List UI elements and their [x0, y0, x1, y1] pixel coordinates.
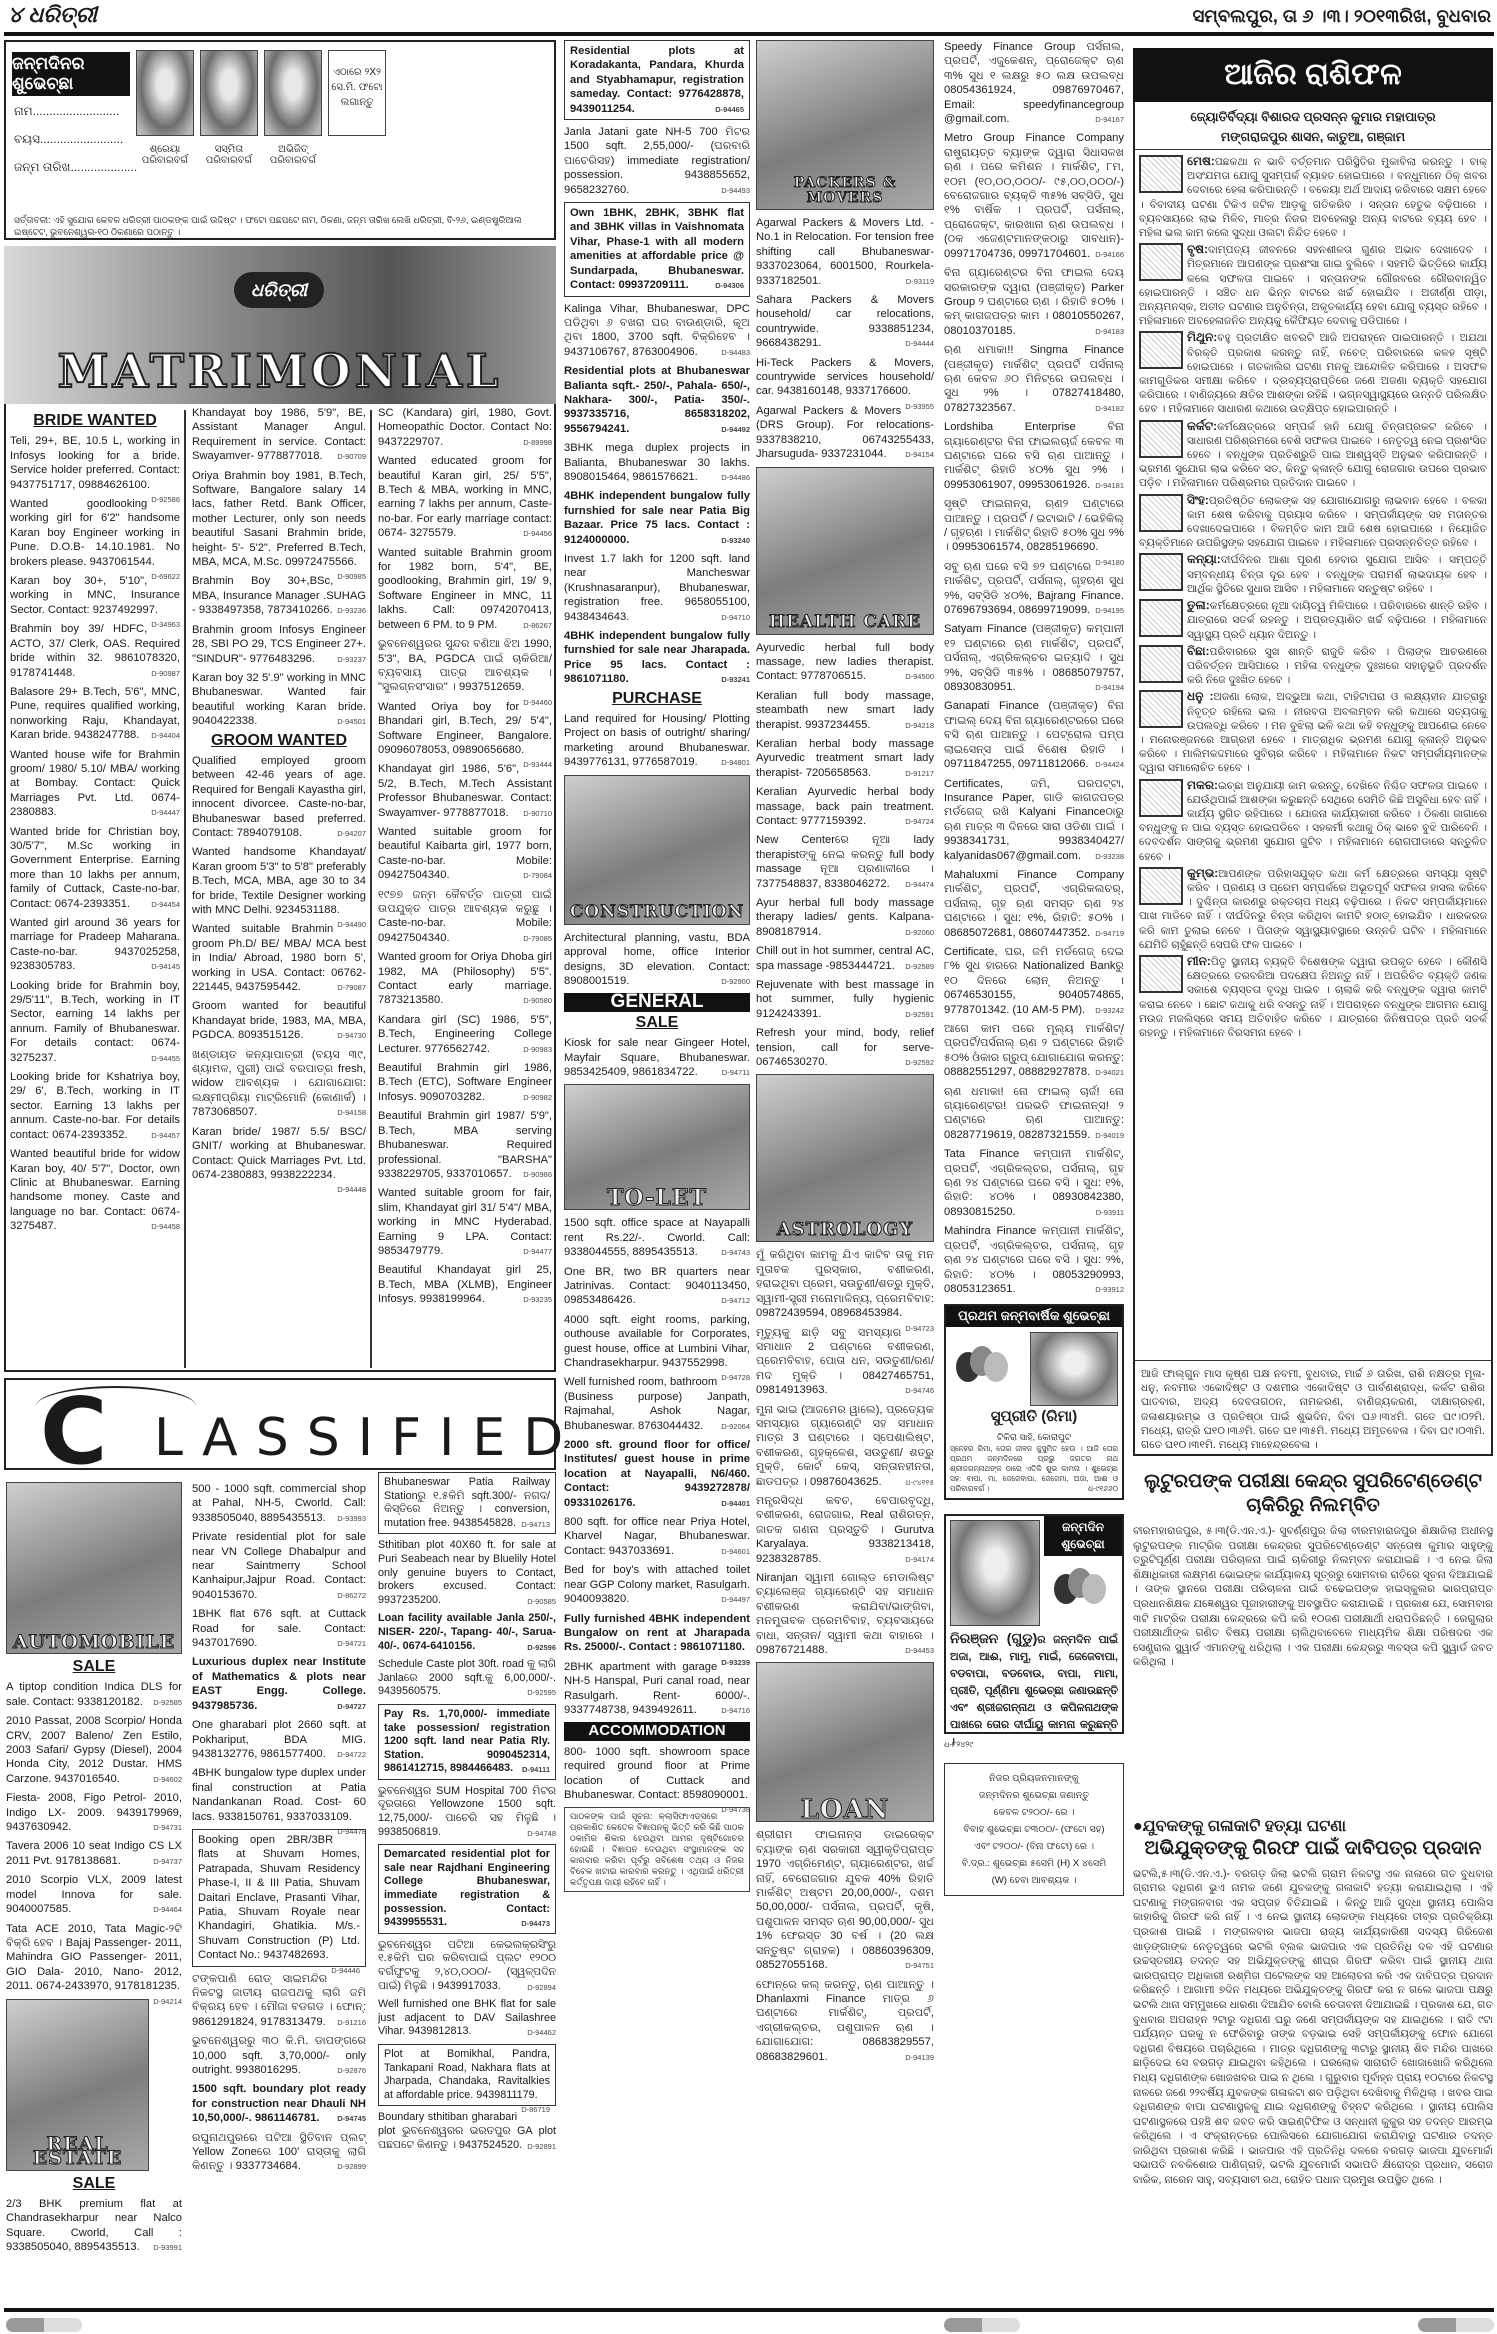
- zodiac-sign-icon: [1139, 645, 1183, 683]
- ad-code: D-94719: [1095, 926, 1124, 942]
- ad-code: D-94710: [721, 610, 750, 626]
- classified-ad: Looking bride for Kshatriya boy, 29/ 6',…: [10, 1070, 180, 1142]
- ad-code: D-90585: [527, 1594, 556, 1610]
- horoscope-text: ପରିବାରରେ ସୁଖ ଶାନ୍ତି ରାଜୁତି କରିବ । ପିଲାଙ୍…: [1187, 646, 1487, 686]
- horoscope-item: କୁମ୍ଭ:ଆପଣଙ୍କ ପରିହାସଯୁକ୍ତ କଥା କର୍ମ କ୍ଷେତ୍…: [1139, 866, 1487, 952]
- top-rule: [4, 32, 1494, 36]
- classified-ad: Keralian Ayurvedic herbal body massage, …: [756, 785, 934, 828]
- classified-ad: Wanted girl around 36 years for marriage…: [10, 916, 180, 974]
- classified-ad: Tata Finance କମ୍ପାନୀ ମାର୍କଶିଟ୍, ପ୍ରପର୍ଟି…: [944, 1147, 1124, 1219]
- ad-code: D-94721: [337, 1636, 366, 1652]
- classified-ad: ଫୋନ୍‌ରେ କଲ୍ କରନ୍ତୁ, ଋଣ ପାଆନ୍ତୁ । Dhanlax…: [756, 1978, 934, 2064]
- ad-code: D-94111: [522, 1762, 550, 1778]
- general-heading: GENERAL: [564, 993, 750, 1011]
- ad-code: D-94713: [521, 1517, 550, 1533]
- horoscope-item: କର୍କଟ:କର୍ମକ୍ଷେତ୍ରରେ ସମ୍ପର୍କ ହାନି ଯୋଗୁ ଚି…: [1139, 419, 1487, 491]
- ad-code: D-94738: [721, 1802, 750, 1818]
- balloons-icon: [956, 1346, 1012, 1396]
- photo-caption: ଅଭିଜିତ୍ପରିବାରବର୍ଗ: [258, 144, 328, 166]
- classified-ad: Balasore 29+ B.Tech, 5'6", MNC, Pune, re…: [10, 685, 180, 743]
- classified-ad: Kiosk for sale near Gingeer Hotel, Mayfa…: [564, 1036, 750, 1079]
- classified-ad: Groom wanted for beautiful Khandayat bri…: [192, 999, 366, 1042]
- classified-ad: Oriya Brahmin boy 1981, B.Tech, Software…: [192, 469, 366, 570]
- classified-ad: Wanted suitable groom for beautiful Kaib…: [378, 825, 552, 883]
- ad-code: D-94712: [721, 1293, 750, 1309]
- classified-ad: Own 1BHK, 2BHK, 3BHK flat and 3BHK villa…: [564, 202, 750, 296]
- ad-code: D-93911: [1096, 1205, 1124, 1221]
- automobile-column: AUTOMOBILE SALE A tiptop condition Indic…: [6, 1482, 182, 2260]
- classified-ad: One gharabari plot 2660 sqft. at Pokhari…: [192, 1718, 366, 1761]
- ad-text: Plot at Bomikhal, Pandra, Tankapani Road…: [384, 2048, 550, 2101]
- classified-ad: Speedy Finance Group ପର୍ସନାଲ, ପ୍ରପର୍ଟି, …: [944, 40, 1124, 126]
- to-let-image: TO-LET: [564, 1084, 750, 1210]
- classified-ad: Khandayat girl 1986, 5'6", 5/2, B.Tech, …: [378, 762, 552, 820]
- classified-ad: Beautiful Khandayat girl 25, B.Tech, MBA…: [378, 1263, 552, 1306]
- news-headline: ଲୁଟୁରପଙ୍କ ପରୀକ୍ଷା କେନ୍ଦ୍ର ସୁପରିଟେଣ୍ଡେଣ୍ଟ…: [1133, 1470, 1493, 1518]
- classified-ad: Wanted handsome Khandayat/ Karan groom 5…: [192, 845, 366, 917]
- automobile-image: AUTOMOBILE: [6, 1482, 182, 1654]
- ad-code: D-94458: [151, 1219, 180, 1235]
- news-body: ବୀରମହାରାଜପୁର, ୫।୩(ଡି.ଏନ.ଏ.)- ସୁବର୍ଣ୍ଣପୁର…: [1133, 1524, 1493, 1670]
- ad-code: D-94746: [905, 1383, 934, 1399]
- real-estate-column-3: Bhubaneswar Patia Railway Stationରୁ ୧.୫କ…: [378, 1472, 556, 2157]
- classified-ad: 500 - 1000 sqft. commercial shop at Paha…: [192, 1482, 366, 1525]
- ad-code: D-93991: [153, 2240, 182, 2256]
- ad-code: D-89998: [523, 435, 552, 451]
- services-column: PACKERS & MOVERSAgarwal Packers & Movers…: [756, 40, 934, 2069]
- classified-ad: Demarcated residential plot for sale nea…: [378, 1844, 556, 1934]
- ad-code: D-92876: [337, 2063, 366, 2079]
- zodiac-sign-icon: [1139, 867, 1183, 905]
- first-birthday-title: ପ୍ରଥମ ଜନ୍ମବାର୍ଷିକ ଶୁଭେଚ୍ଛା: [946, 1306, 1122, 1326]
- honoree-name: ନିରଞ୍ଜନ (ଗୁଡୁ): [950, 1630, 1037, 1646]
- construction-image-label: CONSTRUCTION: [565, 905, 749, 919]
- astrology-image-label: ASTROLOGY: [757, 1223, 933, 1237]
- classified-ad: Agarwal Packers & Movers Ltd. - No.1 in …: [756, 216, 934, 288]
- classified-ad: ସୃଷ୍ଟି ଫାଇନାନ୍ସ, ଋଣ୨ ଘଣ୍ଟାରେ ପାଆନ୍ତୁ । ପ…: [944, 497, 1124, 555]
- classified-initial: C: [40, 1378, 108, 1485]
- ad-code: D-94724: [905, 814, 934, 830]
- ad-code: D-92894: [527, 1980, 556, 1996]
- loan-image-label: LOAN: [757, 1803, 933, 1817]
- ad-code: D-93240: [721, 533, 750, 549]
- classified-ad: New Centerରେ ନୂଆ lady therapistଙ୍କୁ ନେଇ …: [756, 833, 934, 891]
- finance-column: Speedy Finance Group ପର୍ସନାଲ, ପ୍ରପର୍ଟି, …: [944, 40, 1124, 1896]
- zodiac-sign-icon: [1139, 955, 1183, 993]
- photo-woman: [200, 50, 258, 136]
- ad-code: D-79087: [337, 980, 366, 996]
- ad-code: D-92891: [527, 2139, 556, 2155]
- ad-code: D-94158: [337, 1105, 366, 1121]
- classified-ad: ଭୁବନେଶ୍ୱର SUM Hospital 700 ମିଟର ଦୂରତାରେ …: [378, 1785, 556, 1839]
- ad-code: D-94473: [521, 1916, 550, 1932]
- ad-code: D-94492: [721, 422, 750, 438]
- classified-ad: 1500 sqft. office space at Nayapalli ren…: [564, 1216, 750, 1259]
- ad-code: D-94139: [905, 2050, 934, 2066]
- ad-code: D-94474: [905, 877, 934, 893]
- classified-ad: Wanted Oriya boy for Bhandari girl, B.Te…: [378, 700, 552, 758]
- rates-line: ବି.ଦ୍ର.: ଶୁଭେଚ୍ଛା ୫ସେମି (H) X ୪ସେମି: [949, 1855, 1119, 1872]
- zodiac-sign-name: ଧନୁ :: [1187, 689, 1213, 703]
- classified-ad: Qualified employed groom between 42-46 y…: [192, 754, 366, 840]
- ad-code: D-94401: [721, 1496, 750, 1512]
- ad-code: D-90983: [523, 1042, 552, 1058]
- news-body: ଭଟଲି,୫।୩(ଡି.ଏନ.ଏ.)- ବରଗଡ଼ ଜିଲା ଭଟଲି ଗ୍ରା…: [1133, 1867, 1493, 2188]
- classified-ad: Keralian full body massage, steambath ne…: [756, 689, 934, 732]
- classified-ad: Boundary sthitiban gharabari plot ଭୁବନେଶ…: [378, 2111, 556, 2152]
- classified-ad: Brahmin Boy 30+,BSc, MBA, Insurance Mana…: [192, 574, 366, 617]
- classified-ad: ଭୁବନେଶ୍ୱରରୁ ୩୦ କି.ମି. ଡାପଙ୍ଗରେ 10,000 sq…: [192, 2034, 366, 2077]
- ad-text: Tata ACE 2010, Tata Magic-୨ଟି ବିକ୍ରି ହେବ…: [6, 1923, 182, 1993]
- classified-ad: Residential plots at Bhubaneswar Baliant…: [564, 364, 750, 436]
- ad-code: D-90580: [523, 993, 552, 1009]
- classified-ad: Wanted goodlooking working girl for 6'2"…: [10, 497, 180, 569]
- horoscope-text: ବହୁ ପ୍ରତୀକ୍ଷିତ ଖବରଟି ଆଜି ଅପରାହ୍ନେ ପାଇପାର…: [1139, 332, 1487, 415]
- real-estate-column-2: 500 - 1000 sqft. commercial shop at Paha…: [192, 1482, 366, 2179]
- classified-ad: Fully furnished 4BHK independent Bungalo…: [564, 1612, 750, 1655]
- classified-ad: ୧୯୭୭ ଜନ୍ମ କୈବର୍ତ୍ତ ପାତ୍ରୀ ପାଇଁ ଉପଯୁକ୍ତ ପ…: [378, 888, 552, 946]
- horoscope-title: ଆଜିର ରାଶିଫଳ: [1133, 48, 1493, 102]
- accommodation-heading: ACCOMMODATION: [564, 1722, 750, 1740]
- classified-ad: Brahmin boy 39/ HDFC, ACTO, 37/ Clerk, O…: [10, 622, 180, 680]
- ad-code: D-94465: [715, 102, 744, 118]
- classified-ad: ମୃତ୍ୟୁକୁ ଛାଡ଼ି ସବୁ ସମସ୍ୟାର ସମାଧାନ 2 ଘଣ୍ଟ…: [756, 1326, 934, 1398]
- ad-code: D-93238: [1095, 849, 1124, 865]
- ad-text: ମୁଁ କରିଥିବା କାମକୁ ଯିଏ କାଟିବ ତାକୁ ମନ ମୁତା…: [756, 1249, 934, 1319]
- ad-code: D-94457: [151, 1128, 180, 1144]
- ad-code: D-90987: [151, 666, 180, 682]
- classified-ad: Agarwal Packers & Movers (DRS Group). Fo…: [756, 404, 934, 462]
- classified-ad: Wanted house wife for Brahmin groom/ 198…: [10, 748, 180, 820]
- ad-text: Teli, 29+, BE, 10.5 L, working in Infosy…: [10, 435, 180, 490]
- ad-code: D-92899: [337, 2159, 366, 2175]
- classified-ad: Ayur herbal full body massage therapy la…: [756, 896, 934, 939]
- classified-ad: 1500 sqft. boundary plot ready for const…: [192, 2082, 366, 2125]
- classified-ad: ମୁନା ଭାଇ (ଆଜମେର ୱାଲେ), ପ୍ରତ୍ୟେକ ସମସ୍ୟାର …: [756, 1403, 934, 1489]
- ad-code: D-79084: [523, 868, 552, 884]
- ad-text: Wanted Oriya boy for Bhandari girl, B.Te…: [378, 701, 552, 756]
- ad-code: D-94801: [721, 755, 750, 771]
- ad-code: D-94731: [153, 1820, 182, 1836]
- classified-ad: 2BHK apartment with garage NH-5 Hanspal,…: [564, 1660, 750, 1718]
- matrimonial-col-1: BRIDE WANTED Teli, 29+, BE, 10.5 L, work…: [10, 410, 180, 1239]
- classified-ad: Land required for Housing/ Plotting Proj…: [564, 712, 750, 770]
- classified-ad: Lordshiba Enterprise ବିନା ଗ୍ୟାରେଣ୍ଟର ବିନ…: [944, 420, 1124, 492]
- matrimonial-banner: ଧରିତ୍ରୀ MATRIMONIAL: [4, 246, 556, 404]
- rates-line: ନିଜର ପ୍ରିୟଜନମାନଙ୍କୁ: [949, 1770, 1119, 1787]
- classified-ad: 2000 sft. ground floor for office/ Insti…: [564, 1438, 750, 1510]
- classified-ad: Wanted suitable Brahmin groom Ph.D/ BE/ …: [192, 922, 366, 994]
- zodiac-sign-name: କୁମ୍ଭ:: [1187, 866, 1218, 880]
- classified-ad: Sahara Packers & Movers household/ car r…: [756, 293, 934, 351]
- ad-code: D-79085: [523, 931, 552, 947]
- classified-ad: 4BHK bungalow type duplex under final co…: [192, 1766, 366, 1824]
- groom-wanted-heading: GROOM WANTED: [192, 734, 366, 748]
- classified-ad: Tata ACE 2010, Tata Magic-୨ଟି ବିକ୍ରି ହେବ…: [6, 1922, 182, 1994]
- ad-code: D-94207: [337, 826, 366, 842]
- classified-ad: Wanted bride for Christian boy, 30/5'7",…: [10, 825, 180, 911]
- name-field: ନାମ..........................: [14, 104, 119, 119]
- classified-ad: 1BHK flat 676 sqft. at Cuttack Road for …: [192, 1607, 366, 1650]
- ad-text: Oriya Brahmin boy 1981, B.Tech, Software…: [192, 470, 366, 568]
- ad-code: ଧ-୯୪୧୧୫: [905, 1475, 934, 1491]
- ad-code: D-94166: [1095, 247, 1124, 263]
- ad-code: D-94448: [337, 1182, 366, 1198]
- classified-banner: C LASSIFIED: [4, 1378, 556, 1470]
- ad-code: D-94174: [905, 1552, 934, 1568]
- column-divider: [370, 410, 372, 1368]
- real-estate-sale-heading: SALE: [6, 2177, 182, 2191]
- ad-text: 800- 1000 sqft. showroom space required …: [564, 1746, 750, 1801]
- ad-code: D-94154: [905, 447, 934, 463]
- ad-code: D-93912: [1095, 1282, 1124, 1298]
- matrimonial-title: MATRIMONIAL: [4, 344, 556, 398]
- classified-ad: ଭୁବନେଶ୍ୱରର ସୁନ୍ଦର ବଣିଆ ଝିଅ 1990, 5'3", B…: [378, 637, 552, 695]
- horoscope-item: ସିଂହ:ପ୍ରତିଷ୍ଠିତ ଲୋକଙ୍କ ସହ ଯୋଗାଯୋଗରୁ ଲାଭବ…: [1139, 493, 1487, 551]
- to-let-image-label: TO-LET: [565, 1191, 749, 1205]
- classified-ad: Well furnished one BHK flat for sale jus…: [378, 1998, 556, 2039]
- classified-ad: 4BHK independent bungalow fully furnshie…: [564, 489, 750, 547]
- ad-code: D-94751: [905, 1958, 934, 1974]
- birthday-wishes-form: ଜନ୍ମଦିନର ଶୁଭେଚ୍ଛା ନାମ...................…: [4, 40, 556, 240]
- ad-code: D-94464: [153, 1902, 182, 1918]
- zodiac-sign-name: ମୀନ:: [1187, 954, 1211, 968]
- ad-code: D-92060: [905, 925, 934, 941]
- ad-code: D-93119: [906, 274, 934, 290]
- horoscope-item: ବିଛା:ପରିବାରରେ ସୁଖ ଶାନ୍ତି ରାଜୁତି କରିବ । ପ…: [1139, 644, 1487, 688]
- zodiac-sign-icon: [1139, 599, 1183, 637]
- child-name: ସୁପ୍ରୀତି (ରିମା): [946, 1410, 1122, 1424]
- astrology-image: ASTROLOGY: [756, 1074, 934, 1242]
- page-tab: [6, 2318, 82, 2332]
- classified-ad: 2010 Passat, 2008 Scorpio/ Honda CRV, 20…: [6, 1714, 182, 1786]
- classified-ad: Wanted beautiful bride for widow Karan b…: [10, 1147, 180, 1233]
- classified-ad: Beautiful Brahmin girl 1986, B.Tech (ETC…: [378, 1061, 552, 1104]
- horoscope-item: ମେଷ:ପଛକଥା ନ ଭାବି ବର୍ତ୍ତମାନ ପରିସ୍ଥିତିର ମୁ…: [1139, 154, 1487, 240]
- classified-ad: Luxurious duplex near Institute of Mathe…: [192, 1655, 366, 1713]
- classified-ad: Ganapati Finance (ପଞ୍ଜୀକୃତ) ବିନା ଫାଇଲ୍ ଦ…: [944, 699, 1124, 771]
- ad-code: D-94182: [1095, 401, 1124, 417]
- zodiac-sign-name: କନ୍ୟା:: [1187, 552, 1221, 566]
- zodiac-sign-icon: [1139, 420, 1183, 458]
- photo-placeholder: ଏଠାରେ ୨X୨ ସେ.ମି. ଫଟୋ ଲଗାନ୍ତୁ: [328, 50, 386, 136]
- classified-ad: ଭୁବନେଶ୍ୱର ପଟିଆ କେଭଲକ୍ରସିଂରୁ ୧.୫କିମି ଘର କ…: [378, 1939, 556, 1993]
- ad-code: D-93993: [337, 1511, 366, 1527]
- ad-code: D-93242: [1095, 1003, 1124, 1019]
- classified-ad: Fiesta- 2008, Figo Petrol- 2010, Indigo …: [6, 1791, 182, 1834]
- zodiac-sign-name: ବୃଷ:: [1187, 242, 1208, 256]
- horoscope-list: ମେଷ:ପଛକଥା ନ ଭାବି ବର୍ତ୍ତମାନ ପରିସ୍ଥିତିର ମୁ…: [1139, 154, 1487, 1042]
- zodiac-sign-name: ମକର:: [1187, 778, 1218, 792]
- birthday-wishes-title: ଜନ୍ମଦିନର ଶୁଭେଚ୍ଛା: [12, 52, 130, 96]
- classified-ad: Ayurvedic herbal full body massage, new …: [756, 641, 934, 684]
- classified-ad: ମନ୍ତ୍ରସିଦ୍ଧ କବଚ, ବେପାରବୃଦ୍ଧି, ବଶୀକରଣ, ରୋ…: [756, 1494, 934, 1566]
- birthday-message: ନିରଞ୍ଜନ (ଗୁଡୁ)ର ଜନ୍ମଦିନ ପାଇଁ ଅଜା, ଆଈ, ମା…: [950, 1630, 1118, 1751]
- classified-ad: Hi-Teck Packers & Movers, countrywide se…: [756, 356, 934, 399]
- classified-ad: Brahmin groom Infosys Engineer 28, SBI P…: [192, 623, 366, 666]
- zodiac-sign-icon: [1139, 779, 1183, 817]
- ad-code: D-94453: [905, 1643, 934, 1659]
- classified-ad: ସବୁ ଋଣ ଘରେ ବସି ୭୨ ଘଣ୍ଟାରେ ମାର୍କଶିଟ୍, ପ୍ର…: [944, 560, 1124, 618]
- horoscope-author: ଜ୍ୟୋତିର୍ବିଦ୍ୟା ବିଶାରଦ ପ୍ରସନ୍ନ କୁମାର ମହାପ…: [1135, 104, 1491, 150]
- classified-ad: Wanted suitable groom for fair, slim, Kh…: [378, 1186, 552, 1258]
- ad-code: D-94455: [151, 1051, 180, 1067]
- masthead: ୪ ଧରିତ୍ରୀ ସମ୍ବଲପୁର, ତା ୬ ।୩। ୨୦୧୩ରିଖ, ବୁ…: [0, 0, 1497, 36]
- ad-code: D-94730: [337, 1028, 366, 1044]
- ad-code: D-94167: [1095, 112, 1124, 128]
- ad-code: D-92064: [721, 1419, 750, 1435]
- classified-ad: Well furnished room, bathroom (Business …: [564, 1375, 750, 1433]
- classified-ad: Beautiful Brahmin girl 1987/ 5'9", B.Tec…: [378, 1109, 552, 1181]
- classified-ad: Architectural planning, vastu, BDA appro…: [564, 931, 750, 989]
- ad-text: ସୃଷ୍ଟି ଫାଇନାନ୍ସ, ଋଣ୨ ଘଣ୍ଟାରେ ପାଆନ୍ତୁ । ପ…: [944, 498, 1124, 553]
- ad-code: D-94462: [527, 2025, 556, 2041]
- classified-ad: Kalinga Vihar, Bhubaneswar, DPC ପଡିଥିବା …: [564, 302, 750, 360]
- rates-line: କେବଳ ଟ୨୦୦/- ରେ ।: [949, 1804, 1119, 1821]
- classified-ad: Residential plots at Koradakanta, Pandar…: [564, 40, 750, 120]
- ad-code: D-94601: [721, 1544, 750, 1560]
- classified-ad: Mahaluxmi Finance Company ମାର୍କଶିଟ୍, ପ୍ର…: [944, 868, 1124, 940]
- zodiac-sign-icon: [1139, 690, 1183, 728]
- general-sale-heading: SALE: [564, 1016, 750, 1030]
- ad-text: Booking open 2BR/3BR flats at Shuvam Hom…: [198, 1834, 360, 1961]
- ad-code: D-94195: [1095, 603, 1124, 619]
- health-care-image-label: HEALTH CARE: [757, 615, 933, 629]
- classified-ad: Karan bride/ 1987/ 5.5/ BSC/ GNIT/ worki…: [192, 1125, 366, 1183]
- reader-notice: ପାଠକଙ୍କ ପାଇଁ ସୂଚନା: କ୍ଲାସିଫାଏଡ୍ସରେ ପ୍ରକା…: [564, 1807, 750, 1892]
- classified-ad: ମୁଁ କରିଥିବା କାମକୁ ଯିଏ କାଟିବ ତାକୁ ମନ ମୁତା…: [756, 1248, 934, 1320]
- horoscope-text: କର୍ମକ୍ଷେତ୍ରରେ ନୂଆ ଦାୟିତ୍ୱ ମିଳିପାରେ । ପରି…: [1187, 600, 1487, 640]
- terms-note: ସର୍ତ୍ତାବଳୀ: ଏହି ସୁଯୋଗ କେବଳ ଧରିତ୍ରୀ ପାଠକଙ…: [14, 214, 546, 238]
- packers-movers-image: PACKERS & MOVERS: [756, 40, 934, 210]
- wish-rates-box: ନିଜର ପ୍ରିୟଜନମାନଙ୍କୁଜନ୍ମଦିନର ଶୁଭେଚ୍ଛା ଜଣା…: [944, 1763, 1124, 1896]
- classified-ad: Invest 1.7 lakh for 1200 sqft. land near…: [564, 552, 750, 624]
- ad-code: D-94019: [1095, 1128, 1124, 1144]
- ad-code: D-94722: [337, 1747, 366, 1763]
- rates-line: ଜନ୍ମଦିନର ଶୁଭେଚ୍ଛା ଜଣାନ୍ତୁ: [949, 1787, 1119, 1804]
- ad-code: D-92595: [527, 1685, 556, 1701]
- classified-ad: Tavera 2006 10 seat Indigo CS LX 2011 Pv…: [6, 1839, 182, 1868]
- ad-text: ଶ୍ରୀରାମ ଫାଇନାନ୍ସ ଡାଇରେକ୍ଟ ବ୍ୟାଙ୍କ ଋଣ ସରକ…: [756, 1829, 934, 1971]
- classified-ad: Metro Group Finance Company ରାଷ୍ଟ୍ରାୟତ୍ତ…: [944, 131, 1124, 261]
- dateline: ସମ୍ବଲପୁର, ତା ୬ ।୩। ୨୦୧୩ରିଖ, ବୁଧବାର: [1193, 6, 1491, 27]
- classified-rest: LASSIFIED: [154, 1408, 581, 1468]
- classified-ad: Wanted groom for Oriya Dhoba girl 1982, …: [378, 950, 552, 1008]
- ad-code: D-94602: [153, 1772, 182, 1788]
- photo-caption: ସସ୍ମିତାପରିବାରବର୍ଗ: [194, 144, 264, 166]
- ad-text: 4000 sqft. eight rooms, parking, outhous…: [564, 1314, 750, 1369]
- ad-text: Fully furnished 4BHK independent Bungalo…: [564, 1613, 750, 1654]
- ad-text: 4BHK bungalow type duplex under final co…: [192, 1767, 366, 1822]
- classified-ad: ରଘୁନାଥପୁରରେ ପଟିଆ ସ୍ଥିତିବାନ ପ୍ଲଟ୍ Yellow …: [192, 2131, 366, 2174]
- horoscope-text: ପିତୃ ସ୍ଥାନୀୟ ବ୍ୟକ୍ତି ବିଶେଷଙ୍କ ଦ୍ୱାରା ଉପକ…: [1139, 956, 1487, 1039]
- classified-ad: ବିନା ଗ୍ୟାରେଣ୍ଟର ବିନା ଫାଇଲ ଦେୟ ସରକାରଙ୍କ ଦ…: [944, 266, 1124, 338]
- ad-code: D-92592: [905, 1055, 934, 1071]
- ad-code: D-94183: [1095, 324, 1124, 340]
- ad-code: D-90709: [337, 449, 366, 465]
- ad-code: D-94743: [721, 1245, 750, 1261]
- classified-ad: Schedule Caste plot 30ft. road କୁ ଲାଗି J…: [378, 1658, 556, 1699]
- horoscope-item: ମୀନ:ପିତୃ ସ୍ଥାନୀୟ ବ୍ୟକ୍ତି ବିଶେଷଙ୍କ ଦ୍ୱାରା…: [1139, 954, 1487, 1040]
- horoscope-text: ଦାମ୍ପତ୍ୟ ଜୀବନରେ ସହନଶୀଳତା ଗୁଣର ଅଭାବ ଦେଖାଦ…: [1139, 244, 1487, 327]
- classified-ad: ଖଣ୍ଡାୟତ କନ୍ୟାପାତ୍ରୀ (ବୟସ ୩୯, ଶ୍ୟାମଳ, ପୁର…: [192, 1048, 366, 1120]
- ad-text: Metro Group Finance Company ରାଷ୍ଟ୍ରାୟତ୍ତ…: [944, 132, 1124, 259]
- classified-ad: 4BHK independent bungalow fully furnshie…: [564, 629, 750, 687]
- packers-movers-image-label: PACKERS & MOVERS: [757, 176, 933, 205]
- rates-line: (W) ହେବା ଆବଶ୍ୟକ ।: [949, 1872, 1119, 1889]
- classified-ad: Certificates, ଜମି, ଘରପଟ୍ଟା, Insurance Pa…: [944, 777, 1124, 863]
- matrimonial-col-2: Khandayat boy 1986, 5'9", BE, Assistant …: [192, 406, 366, 1198]
- ad-code: D-94181: [1095, 478, 1124, 494]
- ad-text: ଭୁବନେଶ୍ୱରର ସୁନ୍ଦର ବଣିଆ ଝିଅ 1990, 5'3", B…: [378, 638, 552, 693]
- ad-code: D-94501: [337, 714, 366, 730]
- property-column: Residential plots at Koradakanta, Pandar…: [564, 40, 750, 1892]
- ad-code: D-92900: [721, 974, 750, 990]
- classified-ad: ଋଣ ଧମାକା!! Singma Finance (ପଞ୍ଜୀକୃତ) ମାର…: [944, 343, 1124, 415]
- rates-line: ଏବଂ ଟ୨୦୦/- (ବିନା ଫଟୋ) ରେ ।: [949, 1838, 1119, 1855]
- photo-child: [136, 50, 194, 136]
- ad-code: D-94716: [721, 1703, 750, 1719]
- construction-image: CONSTRUCTION: [564, 775, 750, 925]
- ad-code: D-94748: [527, 1826, 556, 1842]
- ad-text: Karan bride/ 1987/ 5.5/ BSC/ GNIT/ worki…: [192, 1126, 366, 1181]
- horoscope-text: ପଛକଥା ନ ଭାବି ବର୍ତ୍ତମାନ ପରିସ୍ଥିତିର ମୁକାବି…: [1139, 156, 1487, 239]
- ad-code: D-93235: [523, 1292, 552, 1308]
- ad-code: D-94404: [151, 728, 180, 744]
- ad-code: D-86272: [337, 1588, 366, 1604]
- horoscope-item: ବୃଷ:ଦାମ୍ପତ୍ୟ ଜୀବନରେ ସହନଶୀଳତା ଗୁଣର ଅଭାବ ଦ…: [1139, 242, 1487, 328]
- classified-ad: Chill out in hot summer, central AC, spa…: [756, 944, 934, 973]
- news-article-2: ଯୁବକଙ୍କୁ ଗଳାକାଟି ହତ୍ୟା ଘଟଣା ଅଭିଯୁକ୍ତଙ୍କୁ…: [1133, 1820, 1493, 2188]
- photo-man: [264, 50, 322, 136]
- ad-code: D-94447: [151, 805, 180, 821]
- zodiac-sign-icon: [1139, 155, 1183, 193]
- classified-ad: ଆଗେ କାମ ପରେ ମୂଲ୍ୟ ମାର୍କଶିଟ୍/ ପ୍ରପର୍ଟି/ପର…: [944, 1022, 1124, 1080]
- ad-code: D-94483: [721, 345, 750, 361]
- ad-code: D-92585: [153, 1695, 182, 1711]
- matrimonial-col-3: SC (Kandara) girl, 1980, Govt. Homeopath…: [378, 406, 552, 1312]
- purchase-heading: PURCHASE: [564, 692, 750, 706]
- ad-code: D-91216: [337, 2015, 366, 2031]
- birthday-wish: ଜନ୍ମଦିନ ଶୁଭେଚ୍ଛାନିରଞ୍ଜନ (ଗୁଡୁ)ର ଜନ୍ମଦିନ …: [944, 1514, 1124, 1734]
- ad-code: D-94745: [337, 2111, 366, 2127]
- classified-ad: One BR, two BR quarters near Jatrinivas.…: [564, 1265, 750, 1308]
- baby-photo: [1030, 1332, 1118, 1406]
- wish-code: ଧ-୯୧୬୬୦: [1088, 1482, 1118, 1496]
- zodiac-sign-icon: [1139, 553, 1183, 591]
- classified-ad: Mahindra Finance କମ୍ପାନୀ ମାର୍କଶିଟ୍, ପ୍ରପ…: [944, 1224, 1124, 1296]
- ad-code: D-94711: [722, 1065, 750, 1081]
- message-text: ର ଜନ୍ମଦିନ ପାଇଁ ଅଜା, ଆଈ, ମାମୁ, ମାଇଁ, ଜେଜେ…: [950, 1634, 1118, 1748]
- classified-ad: Bed for boy's with attached toilet near …: [564, 1563, 750, 1606]
- classified-ad: Looking bride for Brahmin boy, 29/5'11",…: [10, 979, 180, 1065]
- ad-code: D-93237: [337, 652, 366, 668]
- age-field: ବୟସ.........................: [14, 132, 123, 147]
- ad-code: D-94727: [337, 1699, 366, 1715]
- classified-ad: Refresh your mind, body, relief tension,…: [756, 1026, 934, 1069]
- ad-code: D-90982: [523, 1090, 552, 1106]
- classified-ad: 3BHK mega duplex projects in Balianta, B…: [564, 441, 750, 484]
- classified-ad: ଶ୍ରୀରାମ ଫାଇନାନ୍ସ ଡାଇରେକ୍ଟ ବ୍ୟାଙ୍କ ଋଣ ସରକ…: [756, 1828, 934, 1972]
- ad-code: D-94456: [523, 526, 552, 542]
- classified-ad: Khandayat boy 1986, 5'9", BE, Assistant …: [192, 406, 366, 464]
- ad-code: D-94500: [905, 669, 934, 685]
- ad-code: D-94497: [721, 1592, 750, 1608]
- ad-code: D-94306: [715, 278, 744, 294]
- real-estate-image: REAL ESTATE: [6, 1999, 149, 2171]
- photo-caption: ଶ୍ରେୟାପରିବାରବର୍ଗ: [130, 144, 200, 166]
- ad-code: D-94477: [523, 1244, 552, 1260]
